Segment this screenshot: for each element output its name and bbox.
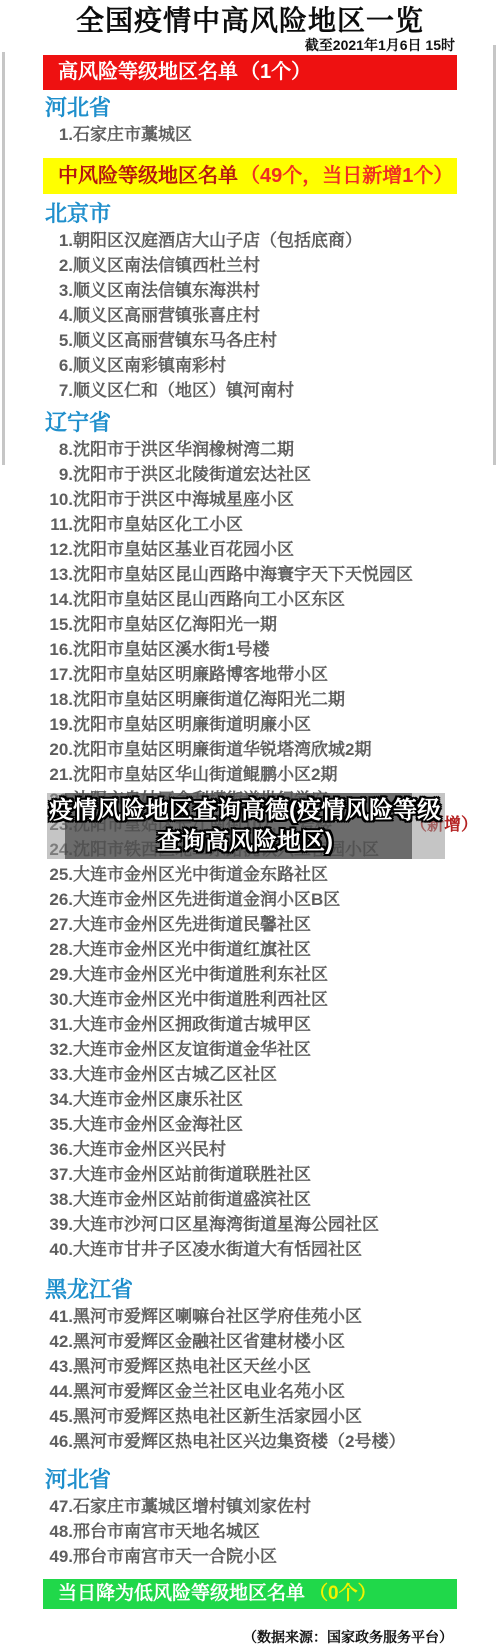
item-number: 2.: [13, 253, 73, 278]
page-title: 全国疫情中高风险地区一览: [0, 0, 500, 38]
item-number: 45.: [13, 1404, 73, 1429]
item-text: 沈阳市皇姑区明廉路博客地带小区: [73, 665, 328, 684]
item-number: 26.: [13, 887, 73, 912]
item-number: 18.: [13, 687, 73, 712]
list-item: 45.黑河市爱辉区热电社区新生活家园小区: [0, 1404, 500, 1429]
high-risk-banner: 高风险等级地区名单（1个）: [43, 55, 457, 90]
item-number: 17.: [13, 662, 73, 687]
item-text: 顺义区南彩镇南彩村: [73, 356, 226, 375]
item-number: 49.: [13, 1544, 73, 1569]
item-text: 沈阳市皇姑区昆山西路向工小区东区: [73, 590, 345, 609]
list-item: 17.沈阳市皇姑区明廉路博客地带小区: [0, 662, 500, 687]
item-text: 沈阳市皇姑区化工小区: [73, 515, 243, 534]
item-text: 大连市金州区友谊街道金华社区: [73, 1040, 311, 1059]
list-item: 40.大连市甘井子区凌水街道大有恬园社区: [0, 1237, 500, 1262]
list-item: 48.邢台市南宫市天地名城区: [0, 1519, 500, 1544]
item-number: 38.: [13, 1187, 73, 1212]
as-of-date: 截至2021年1月6日 15时: [0, 38, 500, 52]
list-item: 21.沈阳市皇姑区华山街道鲲鹏小区2期: [0, 762, 500, 787]
item-number: 6.: [13, 353, 73, 378]
list-item: 36.大连市金州区兴民村: [0, 1137, 500, 1162]
item-number: 3.: [13, 278, 73, 303]
item-number: 39.: [13, 1212, 73, 1237]
item-number: 28.: [13, 937, 73, 962]
item-number: 1.: [13, 122, 73, 147]
item-text: 黑河市爱辉区热电社区新生活家园小区: [73, 1407, 362, 1426]
item-text: 石家庄市藁城区: [73, 125, 192, 144]
item-text: 顺义区高丽营镇东马各庄村: [73, 331, 277, 350]
item-number: 32.: [13, 1037, 73, 1062]
list-item: 2.顺义区南法信镇西杜兰村: [0, 253, 500, 278]
item-number: 44.: [13, 1379, 73, 1404]
item-number: 40.: [13, 1237, 73, 1262]
item-text: 黑河市爱辉区金兰社区电业名苑小区: [73, 1382, 345, 1401]
item-text: 大连市金州区光中街道红旗社区: [73, 940, 311, 959]
list-item: 25.大连市金州区光中街道金东路社区: [0, 862, 500, 887]
low-risk-banner-count: （0个）: [309, 1583, 377, 1604]
item-text: 黑河市爱辉区喇嘛台社区学府佳苑小区: [73, 1307, 362, 1326]
item-number: 27.: [13, 912, 73, 937]
list-item: 4.顺义区高丽营镇张喜庄村: [0, 303, 500, 328]
mid-risk-list: 北京市1.朝阳区汉庭酒店大山子店（包括底商）2.顺义区南法信镇西杜兰村3.顺义区…: [0, 200, 500, 1569]
list-item: 19.沈阳市皇姑区明廉街道明廉小区: [0, 712, 500, 737]
watermark-line-1: 疫情风险地区查询高德(疫情风险等级: [49, 795, 441, 826]
list-item: 33.大连市金州区古城乙区社区: [0, 1062, 500, 1087]
item-text: 沈阳市皇姑区亿海阳光一期: [73, 615, 277, 634]
list-item: 26.大连市金州区先进街道金润小区B区: [0, 887, 500, 912]
list-item: 1.朝阳区汉庭酒店大山子店（包括底商）: [0, 228, 500, 253]
list-item: 14.沈阳市皇姑区昆山西路向工小区东区: [0, 587, 500, 612]
item-number: 46.: [13, 1429, 73, 1454]
list-item: 7.顺义区仁和（地区）镇河南村: [0, 378, 500, 403]
list-item: 34.大连市金州区康乐社区: [0, 1087, 500, 1112]
item-text: 大连市沙河口区星海湾街道星海公园社区: [73, 1215, 379, 1234]
item-text: 沈阳市皇姑区溪水街1号楼: [73, 640, 269, 659]
item-text: 沈阳市皇姑区昆山西路中海寰宇天下天悦园区: [73, 565, 413, 584]
item-number: 31.: [13, 1012, 73, 1037]
item-text: 大连市甘井子区凌水街道大有恬园社区: [73, 1240, 362, 1259]
list-item: 32.大连市金州区友谊街道金华社区: [0, 1037, 500, 1062]
item-text: 大连市金州区先进街道民馨社区: [73, 915, 311, 934]
item-text: 大连市金州区兴民村: [73, 1140, 226, 1159]
list-item: 8.沈阳市于洪区华润橡树湾二期: [0, 437, 500, 462]
high-risk-banner-count: （1个）: [240, 61, 311, 83]
list-item: 35.大连市金州区金海社区: [0, 1112, 500, 1137]
mid-risk-banner: 中风险等级地区名单（49个，当日新增1个）: [43, 158, 457, 194]
province-heading: 辽宁省: [0, 409, 500, 437]
item-text: 顺义区高丽营镇张喜庄村: [73, 306, 260, 325]
item-number: 36.: [13, 1137, 73, 1162]
list-item: 13.沈阳市皇姑区昆山西路中海寰宇天下天悦园区: [0, 562, 500, 587]
item-number: 10.: [13, 487, 73, 512]
list-item: 15.沈阳市皇姑区亿海阳光一期: [0, 612, 500, 637]
item-text: 大连市金州区古城乙区社区: [73, 1065, 277, 1084]
item-number: 30.: [13, 987, 73, 1012]
watermark-overlay: 疫情风险地区查询高德(疫情风险等级 查询高风险地区): [0, 793, 500, 859]
item-text: 邢台市南宫市天一合院小区: [73, 1547, 277, 1566]
item-text: 黑河市爱辉区热电社区天丝小区: [73, 1357, 311, 1376]
item-number: 7.: [13, 378, 73, 403]
list-item: 16.沈阳市皇姑区溪水街1号楼: [0, 637, 500, 662]
list-item: 29.大连市金州区光中街道胜利东社区: [0, 962, 500, 987]
item-text: 大连市金州区拥政街道古城甲区: [73, 1015, 311, 1034]
list-item: 18.沈阳市皇姑区明廉街道亿海阳光二期: [0, 687, 500, 712]
list-item: 11.沈阳市皇姑区化工小区: [0, 512, 500, 537]
item-text: 沈阳市皇姑区明廉街道华锐塔湾欣城2期: [73, 740, 371, 759]
item-text: 黑河市爱辉区金融社区省建材楼小区: [73, 1332, 345, 1351]
item-text: 顺义区仁和（地区）镇河南村: [73, 381, 294, 400]
item-text: 大连市金州区光中街道金东路社区: [73, 865, 328, 884]
item-number: 20.: [13, 737, 73, 762]
item-number: 9.: [13, 462, 73, 487]
province-heading: 河北省: [0, 1466, 500, 1494]
list-item: 47.石家庄市藁城区增村镇刘家佐村: [0, 1494, 500, 1519]
low-risk-banner: 当日降为低风险等级地区名单（0个）: [43, 1579, 457, 1609]
list-item: 12.沈阳市皇姑区基业百花园小区: [0, 537, 500, 562]
item-number: 19.: [13, 712, 73, 737]
list-item: 27.大连市金州区先进街道民馨社区: [0, 912, 500, 937]
item-number: 4.: [13, 303, 73, 328]
item-text: 大连市金州区站前街道盛滨社区: [73, 1190, 311, 1209]
province-heading: 河北省: [0, 94, 500, 122]
item-number: 29.: [13, 962, 73, 987]
item-number: 13.: [13, 562, 73, 587]
item-text: 邢台市南宫市天地名城区: [73, 1522, 260, 1541]
item-text: 朝阳区汉庭酒店大山子店（包括底商）: [73, 231, 362, 250]
province-heading: 黑龙江省: [0, 1276, 500, 1304]
list-item: 20.沈阳市皇姑区明廉街道华锐塔湾欣城2期: [0, 737, 500, 762]
item-number: 5.: [13, 328, 73, 353]
list-item: 10.沈阳市于洪区中海城星座小区: [0, 487, 500, 512]
item-number: 11.: [13, 512, 73, 537]
item-number: 37.: [13, 1162, 73, 1187]
item-text: 大连市金州区先进街道金润小区B区: [73, 890, 340, 909]
high-risk-banner-label: 高风险等级地区名单: [58, 61, 238, 83]
item-text: 石家庄市藁城区增村镇刘家佐村: [73, 1497, 311, 1516]
list-item: 6.顺义区南彩镇南彩村: [0, 353, 500, 378]
province-heading: 北京市: [0, 200, 500, 228]
list-item: 42.黑河市爱辉区金融社区省建材楼小区: [0, 1329, 500, 1354]
item-number: 33.: [13, 1062, 73, 1087]
watermark-text: 疫情风险地区查询高德(疫情风险等级 查询高风险地区): [40, 793, 450, 859]
list-item: 28.大连市金州区光中街道红旗社区: [0, 937, 500, 962]
list-item: 3.顺义区南法信镇东海洪村: [0, 278, 500, 303]
item-number: 48.: [13, 1519, 73, 1544]
item-number: 25.: [13, 862, 73, 887]
item-text: 黑河市爱辉区热电社区兴边集资楼（2号楼）: [73, 1432, 405, 1451]
item-number: 41.: [13, 1304, 73, 1329]
item-number: 21.: [13, 762, 73, 787]
mid-risk-banner-count: （49个，当日新增1个）: [240, 165, 453, 187]
item-text: 沈阳市于洪区北陵街道宏达社区: [73, 465, 311, 484]
item-number: 16.: [13, 637, 73, 662]
item-text: 沈阳市皇姑区基业百花园小区: [73, 540, 294, 559]
list-item: 44.黑河市爱辉区金兰社区电业名苑小区: [0, 1379, 500, 1404]
item-text: 顺义区南法信镇东海洪村: [73, 281, 260, 300]
list-item: 41.黑河市爱辉区喇嘛台社区学府佳苑小区: [0, 1304, 500, 1329]
item-text: 沈阳市皇姑区明廉街道明廉小区: [73, 715, 311, 734]
item-number: 1.: [13, 228, 73, 253]
item-text: 沈阳市皇姑区华山街道鲲鹏小区2期: [73, 765, 337, 784]
item-number: 47.: [13, 1494, 73, 1519]
mid-risk-banner-label: 中风险等级地区名单: [58, 165, 238, 187]
list-item: 30.大连市金州区光中街道胜利西社区: [0, 987, 500, 1012]
item-text: 沈阳市于洪区中海城星座小区: [73, 490, 294, 509]
item-number: 8.: [13, 437, 73, 462]
list-item: 31.大连市金州区拥政街道古城甲区: [0, 1012, 500, 1037]
item-number: 34.: [13, 1087, 73, 1112]
list-item: 39.大连市沙河口区星海湾街道星海公园社区: [0, 1212, 500, 1237]
list-item: 9.沈阳市于洪区北陵街道宏达社区: [0, 462, 500, 487]
item-number: 14.: [13, 587, 73, 612]
item-text: 顺义区南法信镇西杜兰村: [73, 256, 260, 275]
item-number: 12.: [13, 537, 73, 562]
list-item: 37.大连市金州区站前街道联胜社区: [0, 1162, 500, 1187]
watermark-line-2: 查询高风险地区): [157, 826, 333, 857]
item-text: 大连市金州区站前街道联胜社区: [73, 1165, 311, 1184]
list-item: 43.黑河市爱辉区热电社区天丝小区: [0, 1354, 500, 1379]
list-item: 49.邢台市南宫市天一合院小区: [0, 1544, 500, 1569]
item-number: 43.: [13, 1354, 73, 1379]
list-item: 5.顺义区高丽营镇东马各庄村: [0, 328, 500, 353]
high-risk-list: 河北省1.石家庄市藁城区: [0, 94, 500, 147]
item-number: 42.: [13, 1329, 73, 1354]
item-text: 大连市金州区金海社区: [73, 1115, 243, 1134]
list-item: 1.石家庄市藁城区: [0, 122, 500, 147]
item-text: 大连市金州区光中街道胜利东社区: [73, 965, 328, 984]
list-item: 46.黑河市爱辉区热电社区兴边集资楼（2号楼）: [0, 1429, 500, 1454]
item-text: 大连市金州区光中街道胜利西社区: [73, 990, 328, 1009]
item-text: 沈阳市皇姑区明廉街道亿海阳光二期: [73, 690, 345, 709]
item-number: 35.: [13, 1112, 73, 1137]
data-source: （数据来源：国家政务服务平台）: [0, 1629, 500, 1645]
item-text: 大连市金州区康乐社区: [73, 1090, 243, 1109]
list-item: 38.大连市金州区站前街道盛滨社区: [0, 1187, 500, 1212]
item-text: 沈阳市于洪区华润橡树湾二期: [73, 440, 294, 459]
item-number: 15.: [13, 612, 73, 637]
low-risk-banner-label: 当日降为低风险等级地区名单: [58, 1583, 305, 1604]
